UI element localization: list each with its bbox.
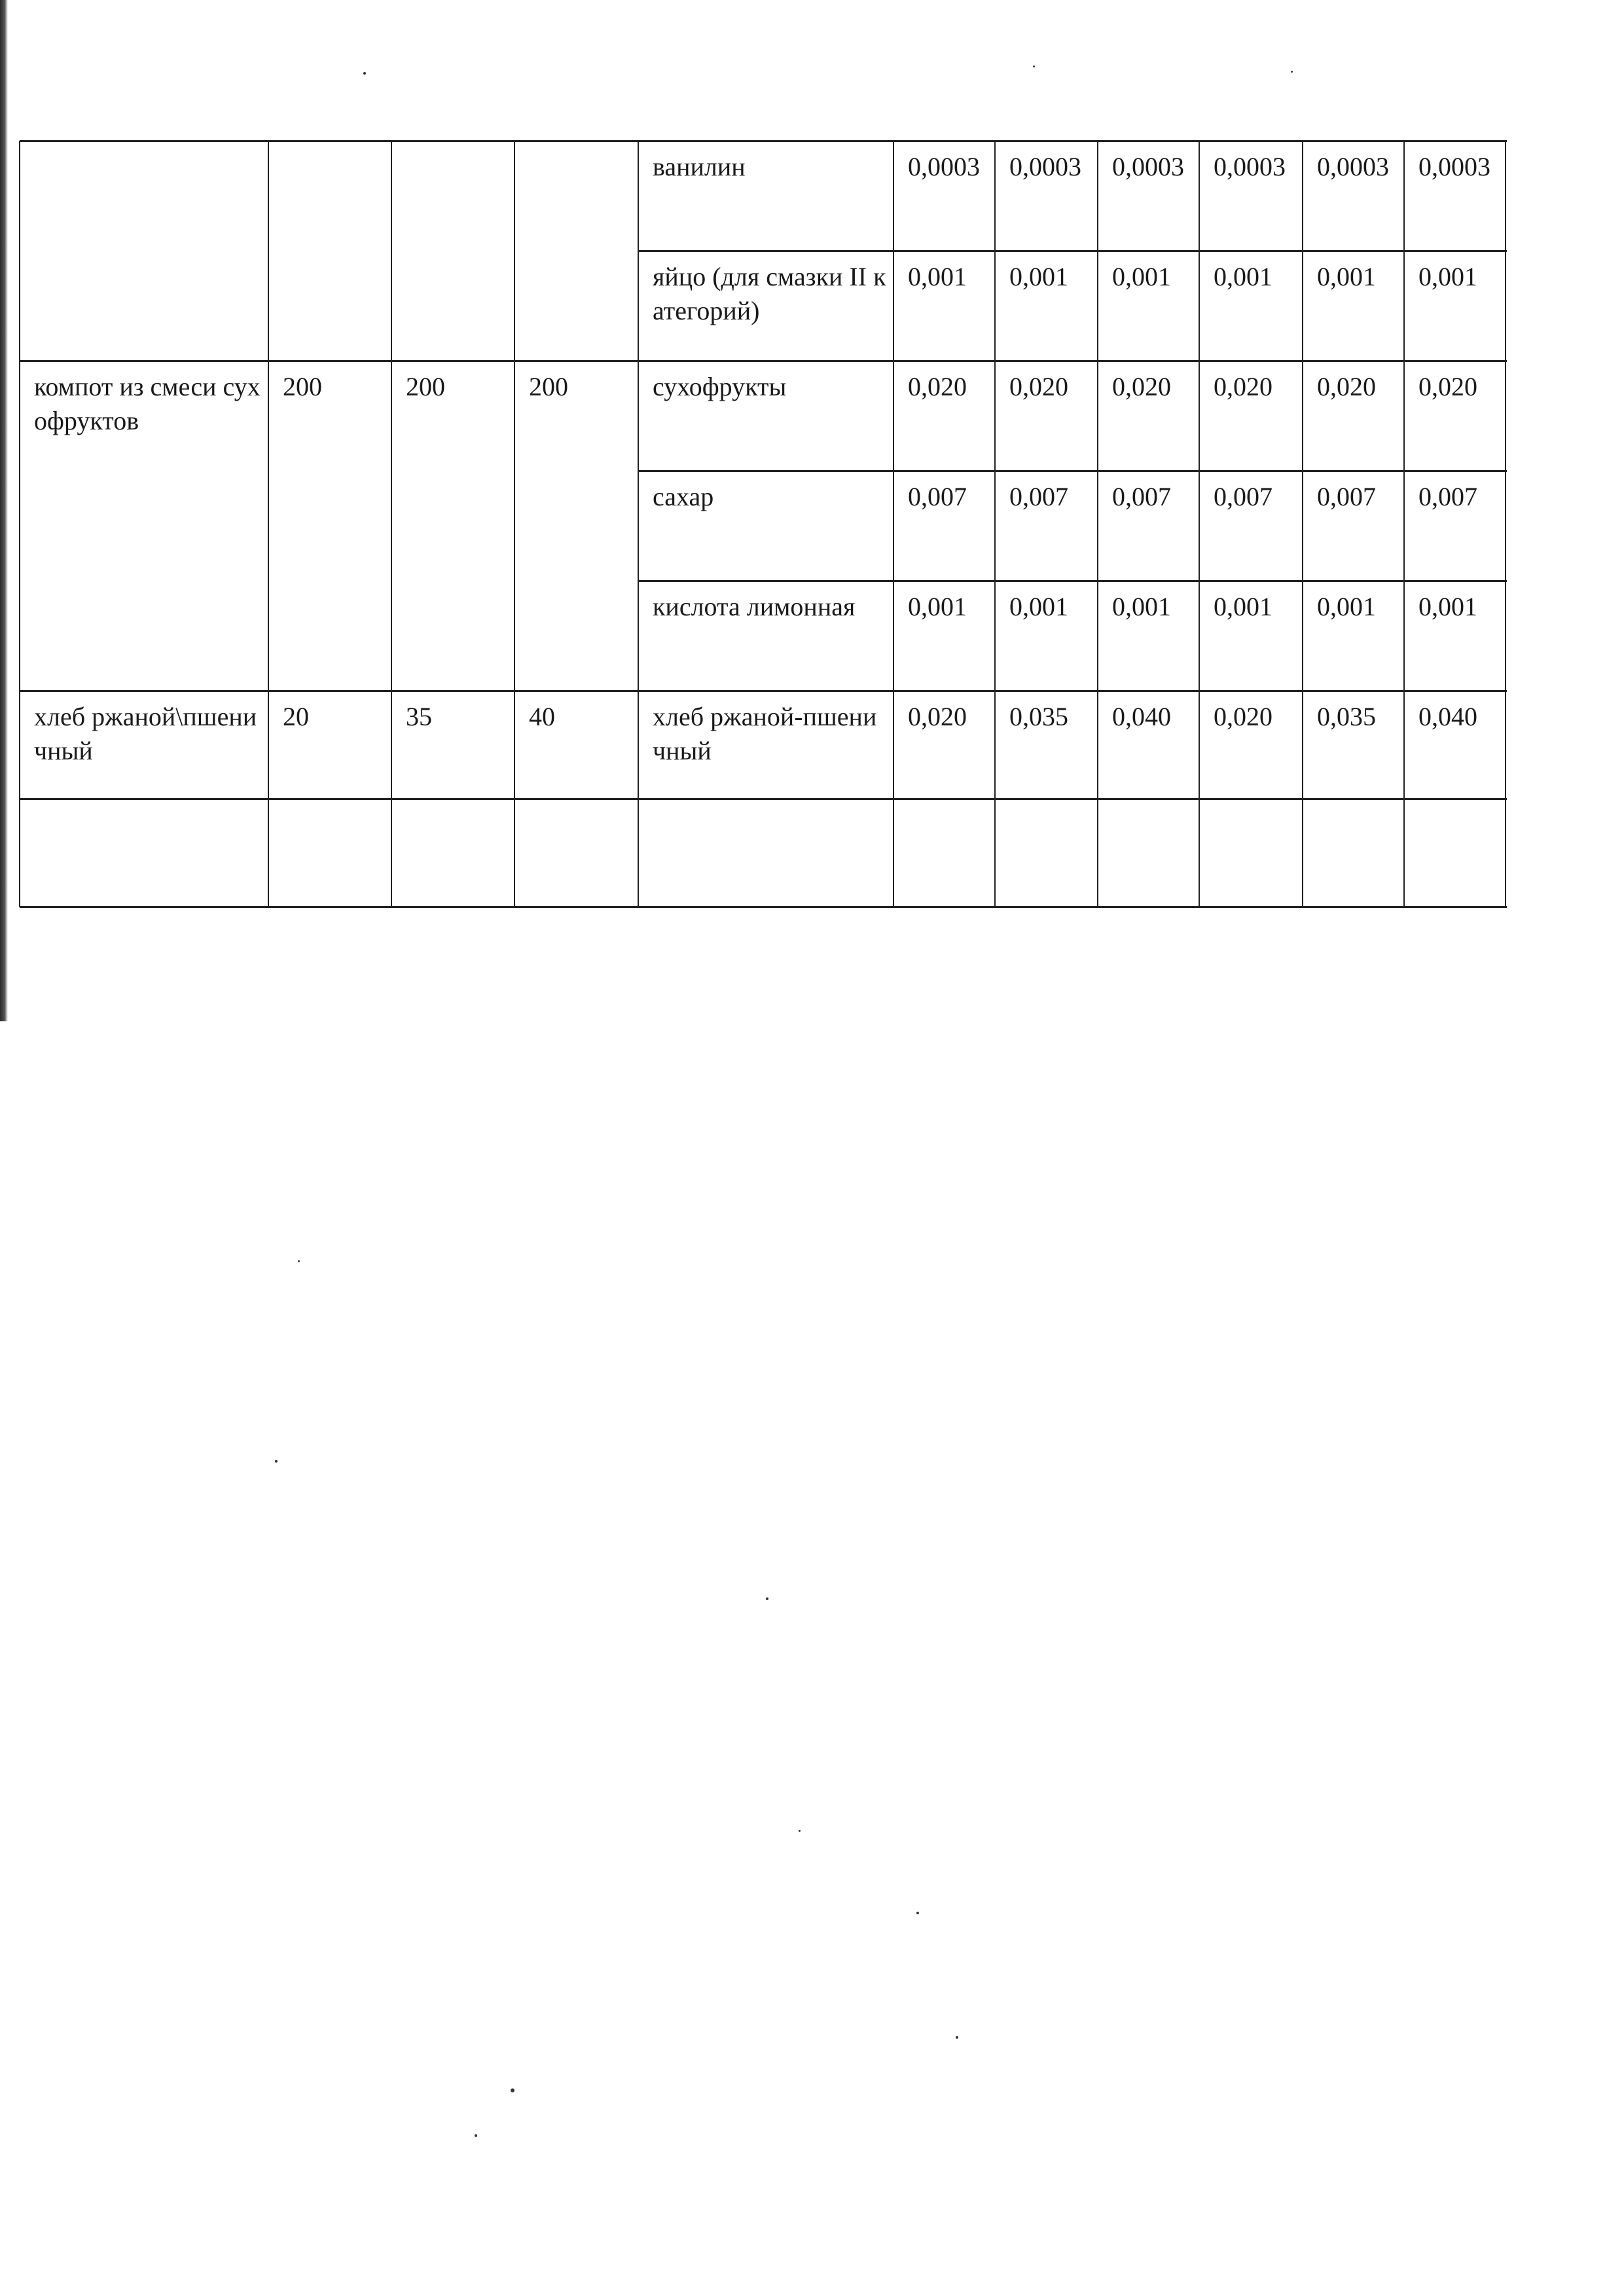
quantity-cell: 0,007 [1418,471,1502,581]
output-cell-2 [406,141,511,361]
output-cell-2: 200 [406,361,511,691]
quantity-cell: 0,020 [1009,361,1094,471]
output-cell-1: 200 [283,361,388,691]
quantity-cell: 0,020 [1317,361,1400,471]
scan-speck [475,2134,477,2137]
quantity-cell: 0,007 [1009,471,1094,581]
quantity-cell: 0,020 [908,691,991,799]
scan-speck [766,1597,768,1600]
table-rule [1302,141,1303,907]
quantity-cell: 0,0003 [1112,141,1195,251]
quantity-cell: 0,020 [1112,361,1195,471]
table-rule [638,141,639,907]
quantity-cell: 0,020 [1214,691,1299,799]
table-rule [20,906,1507,908]
quantity-cell: 0,0003 [1418,141,1502,251]
table-rule [1199,141,1200,907]
table-rule [268,141,269,907]
dish-name-cell: компот из смеси сухофруктов [34,361,264,691]
quantity-cell [1112,799,1195,907]
output-cell-3: 40 [529,691,634,799]
quantity-cell [1317,799,1400,907]
table-rule [893,141,894,907]
output-cell-1 [283,799,388,907]
scan-speck [1033,65,1035,67]
scan-speck [298,1260,300,1262]
output-cell-1 [283,141,388,361]
quantity-cell: 0,001 [908,581,991,691]
ingredient-name-cell: кислота лимонная [653,581,890,691]
output-cell-3: 200 [529,361,634,691]
quantity-cell: 0,007 [1112,471,1195,581]
table-rule [391,141,392,907]
output-cell-2: 35 [406,691,511,799]
quantity-cell [908,799,991,907]
ingredient-name-cell: яйцо (для смазки II категорий) [653,251,890,361]
scan-speck [799,1830,801,1832]
scan-speck [363,72,366,75]
output-cell-2 [406,799,511,907]
quantity-cell [1418,799,1502,907]
table-rule [638,470,1507,472]
quantity-cell: 0,0003 [1317,141,1400,251]
table-rule [514,141,515,907]
quantity-cell: 0,001 [1317,251,1400,361]
quantity-cell: 0,0003 [1009,141,1094,251]
quantity-cell: 0,001 [1009,581,1094,691]
table-rule [994,141,996,907]
table-rule [1505,141,1506,907]
quantity-cell: 0,001 [1112,251,1195,361]
ingredient-name-cell: ванилин [653,141,890,251]
table-rule [638,250,1507,252]
scan-speck [275,1460,278,1463]
output-cell-3 [529,141,634,361]
ration-table: ванилин0,00030,00030,00030,00030,00030,0… [20,141,1506,907]
quantity-cell: 0,007 [1317,471,1400,581]
quantity-cell: 0,020 [908,361,991,471]
quantity-cell: 0,007 [1214,471,1299,581]
quantity-cell: 0,001 [1214,581,1299,691]
table-rule [1097,141,1098,907]
dish-name-cell: хлеб ржаной\пшеничный [34,691,264,799]
quantity-cell: 0,040 [1112,691,1195,799]
quantity-cell: 0,020 [1214,361,1299,471]
quantity-cell: 0,035 [1009,691,1094,799]
table-rule [638,580,1507,582]
quantity-cell: 0,040 [1418,691,1502,799]
ingredient-name-cell: хлеб ржаной-пшеничный [653,691,890,799]
quantity-cell: 0,001 [1418,251,1502,361]
ingredient-name-cell [653,799,890,907]
scan-speck [1291,71,1293,73]
table-rule [19,141,20,907]
quantity-cell [1214,799,1299,907]
scan-speck [916,1912,919,1914]
quantity-cell: 0,007 [908,471,991,581]
quantity-cell: 0,001 [1214,251,1299,361]
scan-speck [956,2036,958,2039]
output-cell-1: 20 [283,691,388,799]
dish-name-cell [34,799,264,907]
ingredient-name-cell: сухофрукты [653,361,890,471]
dish-name-cell [34,141,264,361]
quantity-cell: 0,001 [1009,251,1094,361]
quantity-cell: 0,0003 [1214,141,1299,251]
quantity-cell: 0,035 [1317,691,1400,799]
output-cell-3 [529,799,634,907]
quantity-cell: 0,001 [1418,581,1502,691]
ingredient-name-cell: сахар [653,471,890,581]
quantity-cell: 0,020 [1418,361,1502,471]
quantity-cell: 0,001 [1112,581,1195,691]
quantity-cell [1009,799,1094,907]
quantity-cell: 0,0003 [908,141,991,251]
scan-edge-shadow [0,0,8,1021]
table-rule [1403,141,1405,907]
quantity-cell: 0,001 [908,251,991,361]
quantity-cell: 0,001 [1317,581,1400,691]
scan-speck [511,2088,514,2092]
